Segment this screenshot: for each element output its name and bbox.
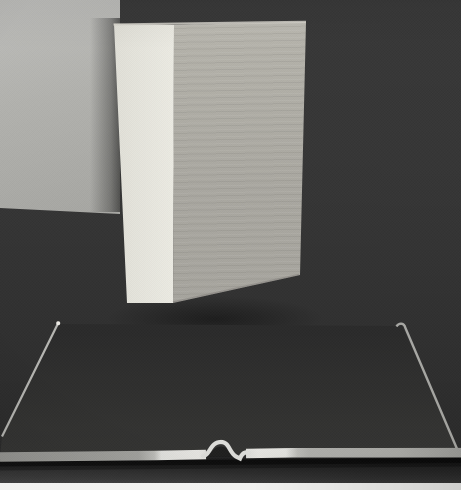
book-top-edge-highlight bbox=[114, 22, 307, 25]
photo-bottom-border bbox=[0, 483, 461, 490]
edge-lines-svg bbox=[0, 0, 461, 490]
left-cover-corner-highlight bbox=[56, 321, 60, 325]
photograph bbox=[0, 0, 461, 490]
bottom-edge-strip-right bbox=[246, 453, 461, 454]
left-fore-edge-line bbox=[2, 324, 58, 437]
right-fore-edge-line bbox=[397, 324, 458, 450]
cover-bottom-edge-line bbox=[173, 275, 299, 303]
bottom-edge-strip-left bbox=[0, 455, 206, 458]
